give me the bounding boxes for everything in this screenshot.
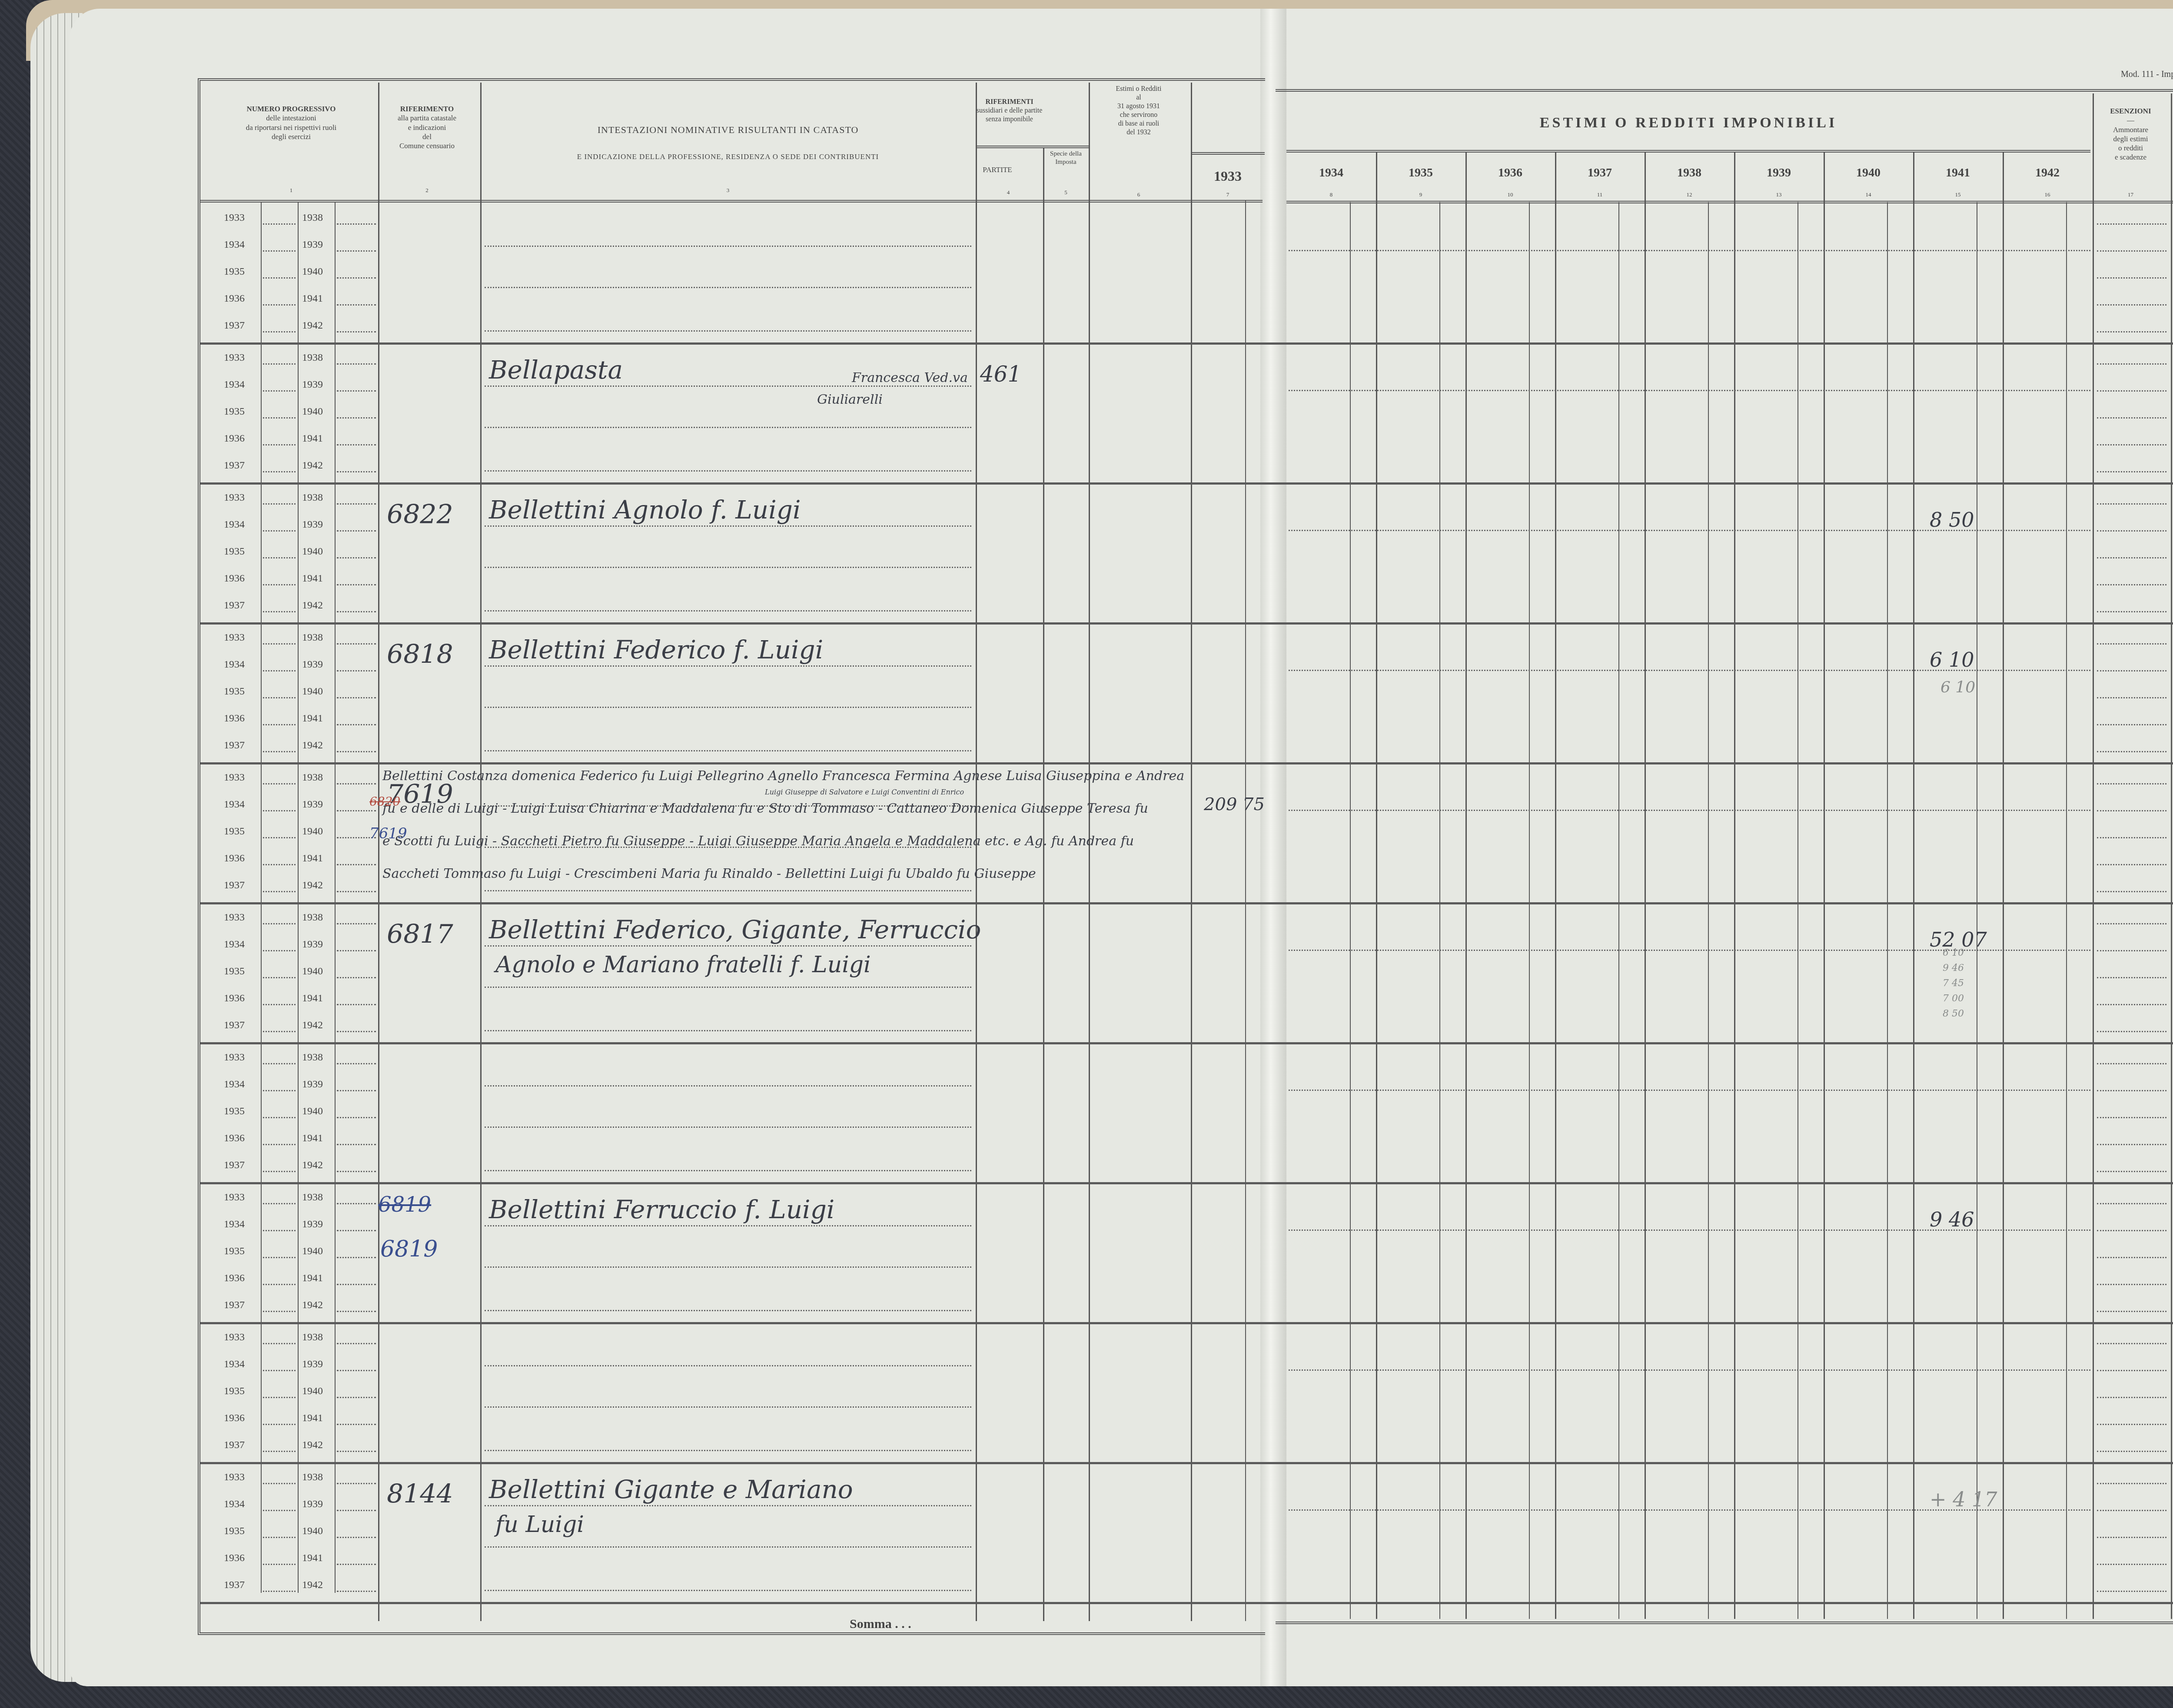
taxpayer-name-line: Saccheti Tommaso fu Luigi - Crescimbeni …	[382, 866, 1036, 881]
dotted-rule	[2097, 670, 2166, 671]
col-divider	[2093, 93, 2094, 1619]
dotted-rule	[263, 923, 296, 924]
exercise-year: 1937	[224, 1439, 245, 1451]
dotted-rule	[263, 1257, 296, 1258]
exercise-year: 1941	[302, 993, 323, 1004]
dotted-rule	[337, 1090, 376, 1091]
dotted-rule	[2097, 277, 2166, 279]
dotted-rule	[2097, 1171, 2166, 1172]
exercise-year: 1940	[302, 1386, 323, 1397]
dotted-rule	[337, 557, 376, 558]
dotted-rule	[337, 223, 376, 225]
exercise-year: 1941	[302, 1133, 323, 1144]
dotted-rule	[337, 1203, 376, 1204]
entry-separator	[200, 1462, 2173, 1464]
col6-header: Estimi o Redditi al 31 agosto 1931 che s…	[1089, 85, 1189, 137]
cents-divider	[1708, 202, 1709, 1619]
exercise-year: 1937	[224, 1160, 245, 1171]
dotted-rule	[2097, 223, 2166, 225]
dotted-rule	[337, 1063, 376, 1064]
entry-separator	[200, 1042, 2173, 1044]
dotted-rule	[263, 1424, 296, 1425]
estimo-1941-pencil-note: 8 50	[1943, 1008, 1964, 1019]
dotted-rule	[263, 1031, 296, 1032]
exercise-year: 1936	[224, 853, 245, 864]
dotted-rule	[2097, 304, 2166, 306]
dotted-rule	[263, 444, 296, 445]
dotted-rule	[263, 864, 296, 865]
dotted-rule	[2097, 1144, 2166, 1145]
dotted-rule	[337, 417, 376, 419]
exercise-year: 1942	[302, 320, 323, 332]
exercise-year: 1935	[224, 1246, 245, 1257]
year-header-1940: 1940	[1824, 165, 1913, 180]
dotted-rule	[337, 1171, 376, 1172]
dotted-rule	[2097, 1117, 2166, 1118]
col7-number: 7	[1191, 191, 1265, 198]
dotted-rule	[337, 977, 376, 978]
exercise-year: 1940	[302, 1106, 323, 1117]
cents-divider	[1350, 202, 1351, 1619]
exercise-year: 1934	[224, 379, 245, 391]
dotted-rule	[2097, 697, 2166, 698]
exercise-year: 1936	[224, 1412, 245, 1424]
year-col-number: 13	[1734, 191, 1824, 198]
exercise-year: 1942	[302, 460, 323, 472]
dotted-rule	[337, 1397, 376, 1398]
cadastral-reference: 6822	[387, 499, 453, 530]
exercise-year: 1941	[302, 1552, 323, 1564]
name-rule	[485, 287, 971, 288]
col-divider	[378, 83, 379, 1621]
dotted-rule	[263, 417, 296, 419]
dotted-rule	[337, 444, 376, 445]
exercise-year: 1937	[224, 880, 245, 891]
dotted-rule	[337, 1483, 376, 1484]
taxpayer-name: Bellettini Gigante e Mariano	[489, 1475, 853, 1504]
year-header-1941: 1941	[1913, 165, 2003, 180]
exercise-year: 1934	[224, 939, 245, 950]
col7-top-line	[1191, 152, 1265, 155]
dotted-rule	[337, 724, 376, 725]
taxpayer-name: Bellettini Federico, Gigante, Ferruccio	[489, 915, 981, 944]
dotted-rule	[2097, 1284, 2166, 1285]
right-ledger-frame	[1276, 89, 2173, 1624]
exercise-year: 1941	[302, 433, 323, 445]
dotted-rule	[2097, 390, 2166, 392]
dotted-rule	[337, 697, 376, 698]
cents-divider	[1529, 202, 1530, 1619]
exercise-year: 1934	[224, 519, 245, 531]
name-rule	[485, 945, 971, 947]
exercise-year: 1935	[224, 966, 245, 977]
exercise-year: 1936	[224, 713, 245, 724]
exercise-year: 1940	[302, 1525, 323, 1537]
dotted-rule	[2097, 444, 2166, 445]
col-divider	[2171, 93, 2172, 1619]
exercise-year: 1938	[302, 1472, 323, 1483]
dotted-rule	[2097, 1343, 2166, 1344]
dotted-rule	[337, 1370, 376, 1371]
entry-separator	[200, 622, 2173, 625]
col-divider	[976, 83, 977, 1621]
name-rule	[485, 890, 971, 891]
dotted-rule	[2097, 363, 2166, 365]
entry-separator	[200, 762, 2173, 764]
amount-rule	[1289, 390, 2090, 391]
dotted-rule	[337, 891, 376, 892]
dotted-rule	[263, 1510, 296, 1511]
dotted-rule	[263, 503, 296, 505]
somma-label: Somma . . .	[850, 1617, 911, 1632]
year-header-1938: 1938	[1645, 165, 1734, 180]
year-divider	[335, 202, 336, 1593]
dotted-rule	[2097, 611, 2166, 612]
exercise-year: 1939	[302, 1079, 323, 1090]
dotted-rule	[263, 1144, 296, 1145]
name-rule	[485, 610, 971, 611]
entry-separator	[200, 1182, 2173, 1184]
exercise-year: 1934	[224, 659, 245, 671]
exercise-year: 1942	[302, 740, 323, 751]
dotted-rule	[263, 390, 296, 392]
taxpayer-name-extra: Francesca Ved.va	[852, 370, 968, 385]
col-divider	[2003, 152, 2004, 1619]
name-rule	[485, 427, 971, 428]
exercise-year: 1939	[302, 1219, 323, 1230]
dotted-rule	[2097, 977, 2166, 978]
taxpayer-name: Bellettini Agnolo f. Luigi	[489, 495, 801, 525]
exercise-year: 1934	[224, 1219, 245, 1230]
dotted-rule	[337, 390, 376, 392]
amount-rule	[1289, 1090, 2090, 1091]
exercise-year: 1941	[302, 1412, 323, 1424]
exercise-year: 1939	[302, 1359, 323, 1370]
taxpayer-name-insert: Luigi Giuseppe di Salvatore e Luigi Conv…	[765, 788, 964, 796]
col4-number: 4	[976, 189, 1041, 196]
exercise-year: 1936	[224, 1133, 245, 1144]
year-header-1939: 1939	[1734, 165, 1824, 180]
cadastral-reference-struck: 6820	[369, 794, 400, 809]
exercise-year: 1937	[224, 460, 245, 472]
exercise-year: 1939	[302, 239, 323, 251]
dotted-rule	[2097, 837, 2166, 838]
dotted-rule	[337, 1343, 376, 1344]
col-divider	[1555, 152, 1556, 1619]
exercise-year: 1936	[224, 293, 245, 305]
year-header-1942: 1942	[2003, 165, 2092, 180]
col-divider	[1245, 200, 1246, 1621]
exercise-year: 1936	[224, 1552, 245, 1564]
dotted-rule	[263, 223, 296, 225]
dotted-rule	[263, 1117, 296, 1118]
name-rule	[485, 1266, 971, 1268]
dotted-rule	[2097, 1483, 2166, 1484]
dotted-rule	[263, 331, 296, 332]
exercise-year: 1937	[224, 1020, 245, 1031]
col-divider	[1734, 152, 1735, 1619]
exercise-year: 1935	[224, 266, 245, 278]
specie-header: Specie della Imposta	[1043, 150, 1089, 166]
name-rule	[485, 1085, 971, 1087]
exercise-year: 1938	[302, 212, 323, 224]
dotted-rule	[2097, 1370, 2166, 1371]
dotted-rule	[2097, 1063, 2166, 1064]
dotted-rule	[2097, 891, 2166, 892]
amount-rule	[1289, 810, 2090, 811]
dotted-rule	[263, 724, 296, 725]
name-rule	[485, 987, 971, 988]
dotted-rule	[263, 1230, 296, 1231]
exercise-year: 1936	[224, 573, 245, 585]
dotted-rule	[2097, 1257, 2166, 1258]
name-rule	[485, 1450, 971, 1451]
dotted-rule	[2097, 1397, 2166, 1398]
exercise-year: 1936	[224, 433, 245, 445]
dotted-rule	[337, 1424, 376, 1425]
dotted-rule	[2097, 1230, 2166, 1231]
dotted-rule	[2097, 950, 2166, 951]
dotted-rule	[337, 1591, 376, 1592]
dotted-rule	[2097, 643, 2166, 645]
year-header-1937: 1937	[1555, 165, 1645, 180]
year-header-1936: 1936	[1465, 165, 1555, 180]
dotted-rule	[2097, 417, 2166, 419]
cents-divider	[1439, 202, 1440, 1619]
dotted-rule	[263, 1090, 296, 1091]
dotted-rule	[337, 331, 376, 332]
dotted-rule	[2097, 250, 2166, 252]
exercise-year: 1940	[302, 686, 323, 698]
exercise-year: 1933	[224, 1472, 245, 1483]
dotted-rule	[263, 1483, 296, 1484]
dotted-rule	[337, 1537, 376, 1538]
name-rule	[485, 385, 971, 387]
col6-number: 6	[1089, 191, 1189, 198]
dotted-rule	[337, 530, 376, 532]
dotted-rule	[2097, 810, 2166, 811]
cadastral-reference-struck: 6819	[378, 1193, 431, 1217]
exercise-year: 1939	[302, 379, 323, 391]
dotted-rule	[337, 1284, 376, 1285]
exercise-year: 1936	[224, 1273, 245, 1284]
year-col-number: 16	[2003, 191, 2092, 198]
dotted-rule	[337, 1257, 376, 1258]
esenzioni-header: ESENZIONI — Ammontare degli estimi o red…	[2093, 106, 2169, 162]
dotted-rule	[263, 530, 296, 532]
exercise-year: 1934	[224, 799, 245, 811]
cadastral-reference: 8144	[387, 1479, 453, 1509]
exercise-year: 1942	[302, 1020, 323, 1031]
exercise-year: 1933	[224, 212, 245, 224]
left-header-bottom-line	[200, 200, 1263, 203]
col-divider	[1465, 152, 1467, 1619]
exercise-year: 1941	[302, 853, 323, 864]
dotted-rule	[263, 1343, 296, 1344]
exercise-year: 1939	[302, 1499, 323, 1510]
dotted-rule	[337, 810, 376, 811]
dotted-rule	[2097, 1090, 2166, 1091]
year-col-number: 11	[1555, 191, 1645, 198]
dotted-rule	[337, 751, 376, 752]
exercise-year: 1938	[302, 492, 323, 504]
year-col-number: 8	[1286, 191, 1376, 198]
dotted-rule	[263, 1370, 296, 1371]
col-divider	[1645, 152, 1646, 1619]
dotted-rule	[2097, 724, 2166, 725]
dotted-rule	[263, 584, 296, 585]
estimo-1941-pencil-note: 7 45	[1943, 978, 1964, 989]
dotted-rule	[263, 363, 296, 365]
exercise-year: 1935	[224, 546, 245, 558]
dotted-rule	[2097, 1537, 2166, 1538]
dotted-rule	[337, 1311, 376, 1312]
name-rule	[485, 1406, 971, 1408]
taxpayer-name-line2: Agnolo e Mariano fratelli f. Luigi	[495, 952, 871, 978]
name-rule	[485, 665, 971, 667]
name-rule	[485, 1225, 971, 1226]
dotted-rule	[2097, 1564, 2166, 1565]
dotted-rule	[263, 1451, 296, 1452]
col-divider	[1089, 83, 1090, 1621]
name-rule	[485, 1310, 971, 1311]
exercise-year: 1935	[224, 1386, 245, 1397]
name-rule	[485, 1590, 971, 1591]
exercise-year: 1934	[224, 1079, 245, 1090]
exercise-year: 1938	[302, 352, 323, 364]
year-header-1934: 1934	[1286, 165, 1376, 180]
exercise-year: 1937	[224, 740, 245, 751]
dotted-rule	[2097, 331, 2166, 332]
name-rule	[485, 1365, 971, 1366]
col-divider	[480, 83, 482, 1621]
form-title: Mod. 111 - Imposte Dirette (Intercalare)…	[2121, 70, 2173, 80]
dotted-rule	[263, 557, 296, 558]
dotted-rule	[337, 277, 376, 279]
exercise-year: 1939	[302, 939, 323, 950]
dotted-rule	[2097, 783, 2166, 784]
dotted-rule	[263, 1311, 296, 1312]
name-rule	[485, 1030, 971, 1031]
exercise-year: 1934	[224, 1499, 245, 1510]
dotted-rule	[263, 611, 296, 612]
estimo-1941-value: 8 50	[1930, 508, 1974, 532]
col5-number: 5	[1043, 189, 1089, 196]
exercise-year: 1938	[302, 1332, 323, 1343]
estimi-title: ESTIMI O REDDITI IMPONIBILI	[1286, 114, 2090, 133]
name-rule	[485, 470, 971, 472]
dotted-rule	[2097, 557, 2166, 558]
years-top-line	[1286, 150, 2090, 153]
name-rule	[485, 1505, 971, 1506]
year-col-number: 10	[1465, 191, 1555, 198]
estimo-1941-pencil-note: 6 10	[1943, 947, 1964, 958]
name-rule	[485, 707, 971, 708]
dotted-rule	[263, 891, 296, 892]
taxpayer-name: Bellettini Federico f. Luigi	[489, 635, 823, 665]
dotted-rule	[2097, 584, 2166, 585]
exercise-year: 1937	[224, 1299, 245, 1311]
exercise-year: 1940	[302, 406, 323, 418]
dotted-rule	[263, 1203, 296, 1204]
dotted-rule	[2097, 530, 2166, 532]
dotted-rule	[337, 471, 376, 472]
entry-separator	[200, 1322, 2173, 1324]
year-col-number: 14	[1824, 191, 1913, 198]
dotted-rule	[337, 643, 376, 645]
col3-title: INTESTAZIONI NOMINATIVE RISULTANTI IN CA…	[482, 124, 974, 136]
dotted-rule	[263, 250, 296, 252]
dotted-rule	[337, 611, 376, 612]
taxpayer-name-line: e Scotti fu Luigi - Saccheti Pietro fu G…	[382, 834, 1134, 849]
riferimenti-sub-line	[976, 146, 1089, 148]
exercise-year: 1942	[302, 1439, 323, 1451]
name-rule	[485, 525, 971, 527]
exercise-year: 1940	[302, 826, 323, 837]
dotted-rule	[2097, 1510, 2166, 1511]
exercise-year: 1938	[302, 772, 323, 784]
exercise-year: 1938	[302, 1052, 323, 1063]
cadastral-reference: 6817	[387, 919, 453, 950]
name-rule	[485, 1546, 971, 1548]
dotted-rule	[337, 503, 376, 505]
estimo-1941-value: 9 46	[1930, 1208, 1974, 1231]
exercise-year: 1933	[224, 632, 245, 644]
taxpayer-name-line: Bellettini Costanza domenica Federico fu…	[382, 768, 1184, 784]
dotted-rule	[263, 304, 296, 306]
amount-rule	[1289, 250, 2090, 251]
exercise-year: 1933	[224, 352, 245, 364]
dotted-rule	[263, 1564, 296, 1565]
dotted-rule	[2097, 1203, 2166, 1204]
dotted-rule	[337, 1117, 376, 1118]
cents-divider	[1887, 202, 1888, 1619]
exercise-year: 1936	[224, 993, 245, 1004]
dotted-rule	[263, 277, 296, 279]
dotted-rule	[337, 1004, 376, 1005]
dotted-rule	[263, 1537, 296, 1538]
exercise-year: 1933	[224, 492, 245, 504]
exercise-year: 1935	[224, 1525, 245, 1537]
dotted-rule	[337, 670, 376, 671]
amount-rule	[1289, 1369, 2090, 1371]
partite-value: 461	[980, 362, 1021, 387]
col-divider	[1913, 152, 1914, 1619]
entry-separator	[200, 902, 2173, 904]
dotted-rule	[263, 1284, 296, 1285]
cents-divider	[1977, 202, 1977, 1619]
dotted-rule	[337, 1230, 376, 1231]
col2-number: 2	[380, 187, 474, 194]
exercise-year: 1939	[302, 519, 323, 531]
dotted-rule	[2097, 1004, 2166, 1005]
col-divider	[1376, 152, 1377, 1619]
dotted-rule	[2097, 1591, 2166, 1592]
dotted-rule	[263, 977, 296, 978]
dotted-rule	[337, 363, 376, 365]
col17-number: 17	[2093, 191, 2169, 198]
taxpayer-name-line2: Giuliarelli	[817, 392, 883, 407]
exercise-year: 1942	[302, 1160, 323, 1171]
dotted-rule	[2097, 1451, 2166, 1452]
exercise-year: 1941	[302, 1273, 323, 1284]
dotted-rule	[337, 1031, 376, 1032]
exercise-year: 1937	[224, 1579, 245, 1591]
exercise-year: 1934	[224, 239, 245, 251]
col-divider	[1043, 148, 1044, 1621]
exercise-year: 1942	[302, 1299, 323, 1311]
exercise-year: 1939	[302, 659, 323, 671]
